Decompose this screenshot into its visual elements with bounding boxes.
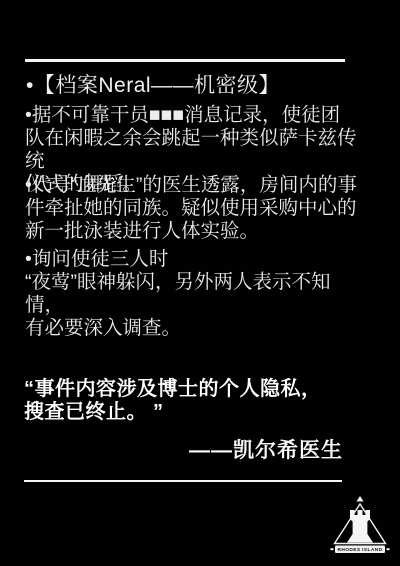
rook-icon — [347, 510, 373, 543]
logo-banner-dash-right — [387, 548, 390, 550]
triangle-apex-icon — [356, 496, 363, 502]
archive-title: •【档案Neral——机密级】 — [26, 74, 366, 98]
quote-attribution: ——凯尔希医生 — [189, 434, 343, 464]
archive-document-page: •【档案Neral——机密级】 •据不可靠干员■■■消息记录，使徒团 队在闲暇之… — [0, 0, 400, 566]
rhodes-island-logo: RHODES ISLAND — [330, 495, 390, 557]
archive-paragraph-3: •询问使徒三人时 “夜莺”眼神躲闪，另外两人表示不知情， 有必要深入调查。 — [25, 248, 360, 340]
bottom-divider — [24, 480, 342, 482]
logo-banner-label: RHODES ISLAND — [338, 547, 383, 553]
archive-paragraph-2: •代号“血先生”的医生透露，房间内的事 件牵扯她的同族。疑似使用采购中心的 新一… — [25, 174, 360, 243]
logo-banner-dash-left — [331, 548, 334, 550]
top-divider — [25, 59, 345, 62]
closing-quote: “事件内容涉及博士的个人隐私， 搜查已终止。 ” — [24, 378, 369, 424]
